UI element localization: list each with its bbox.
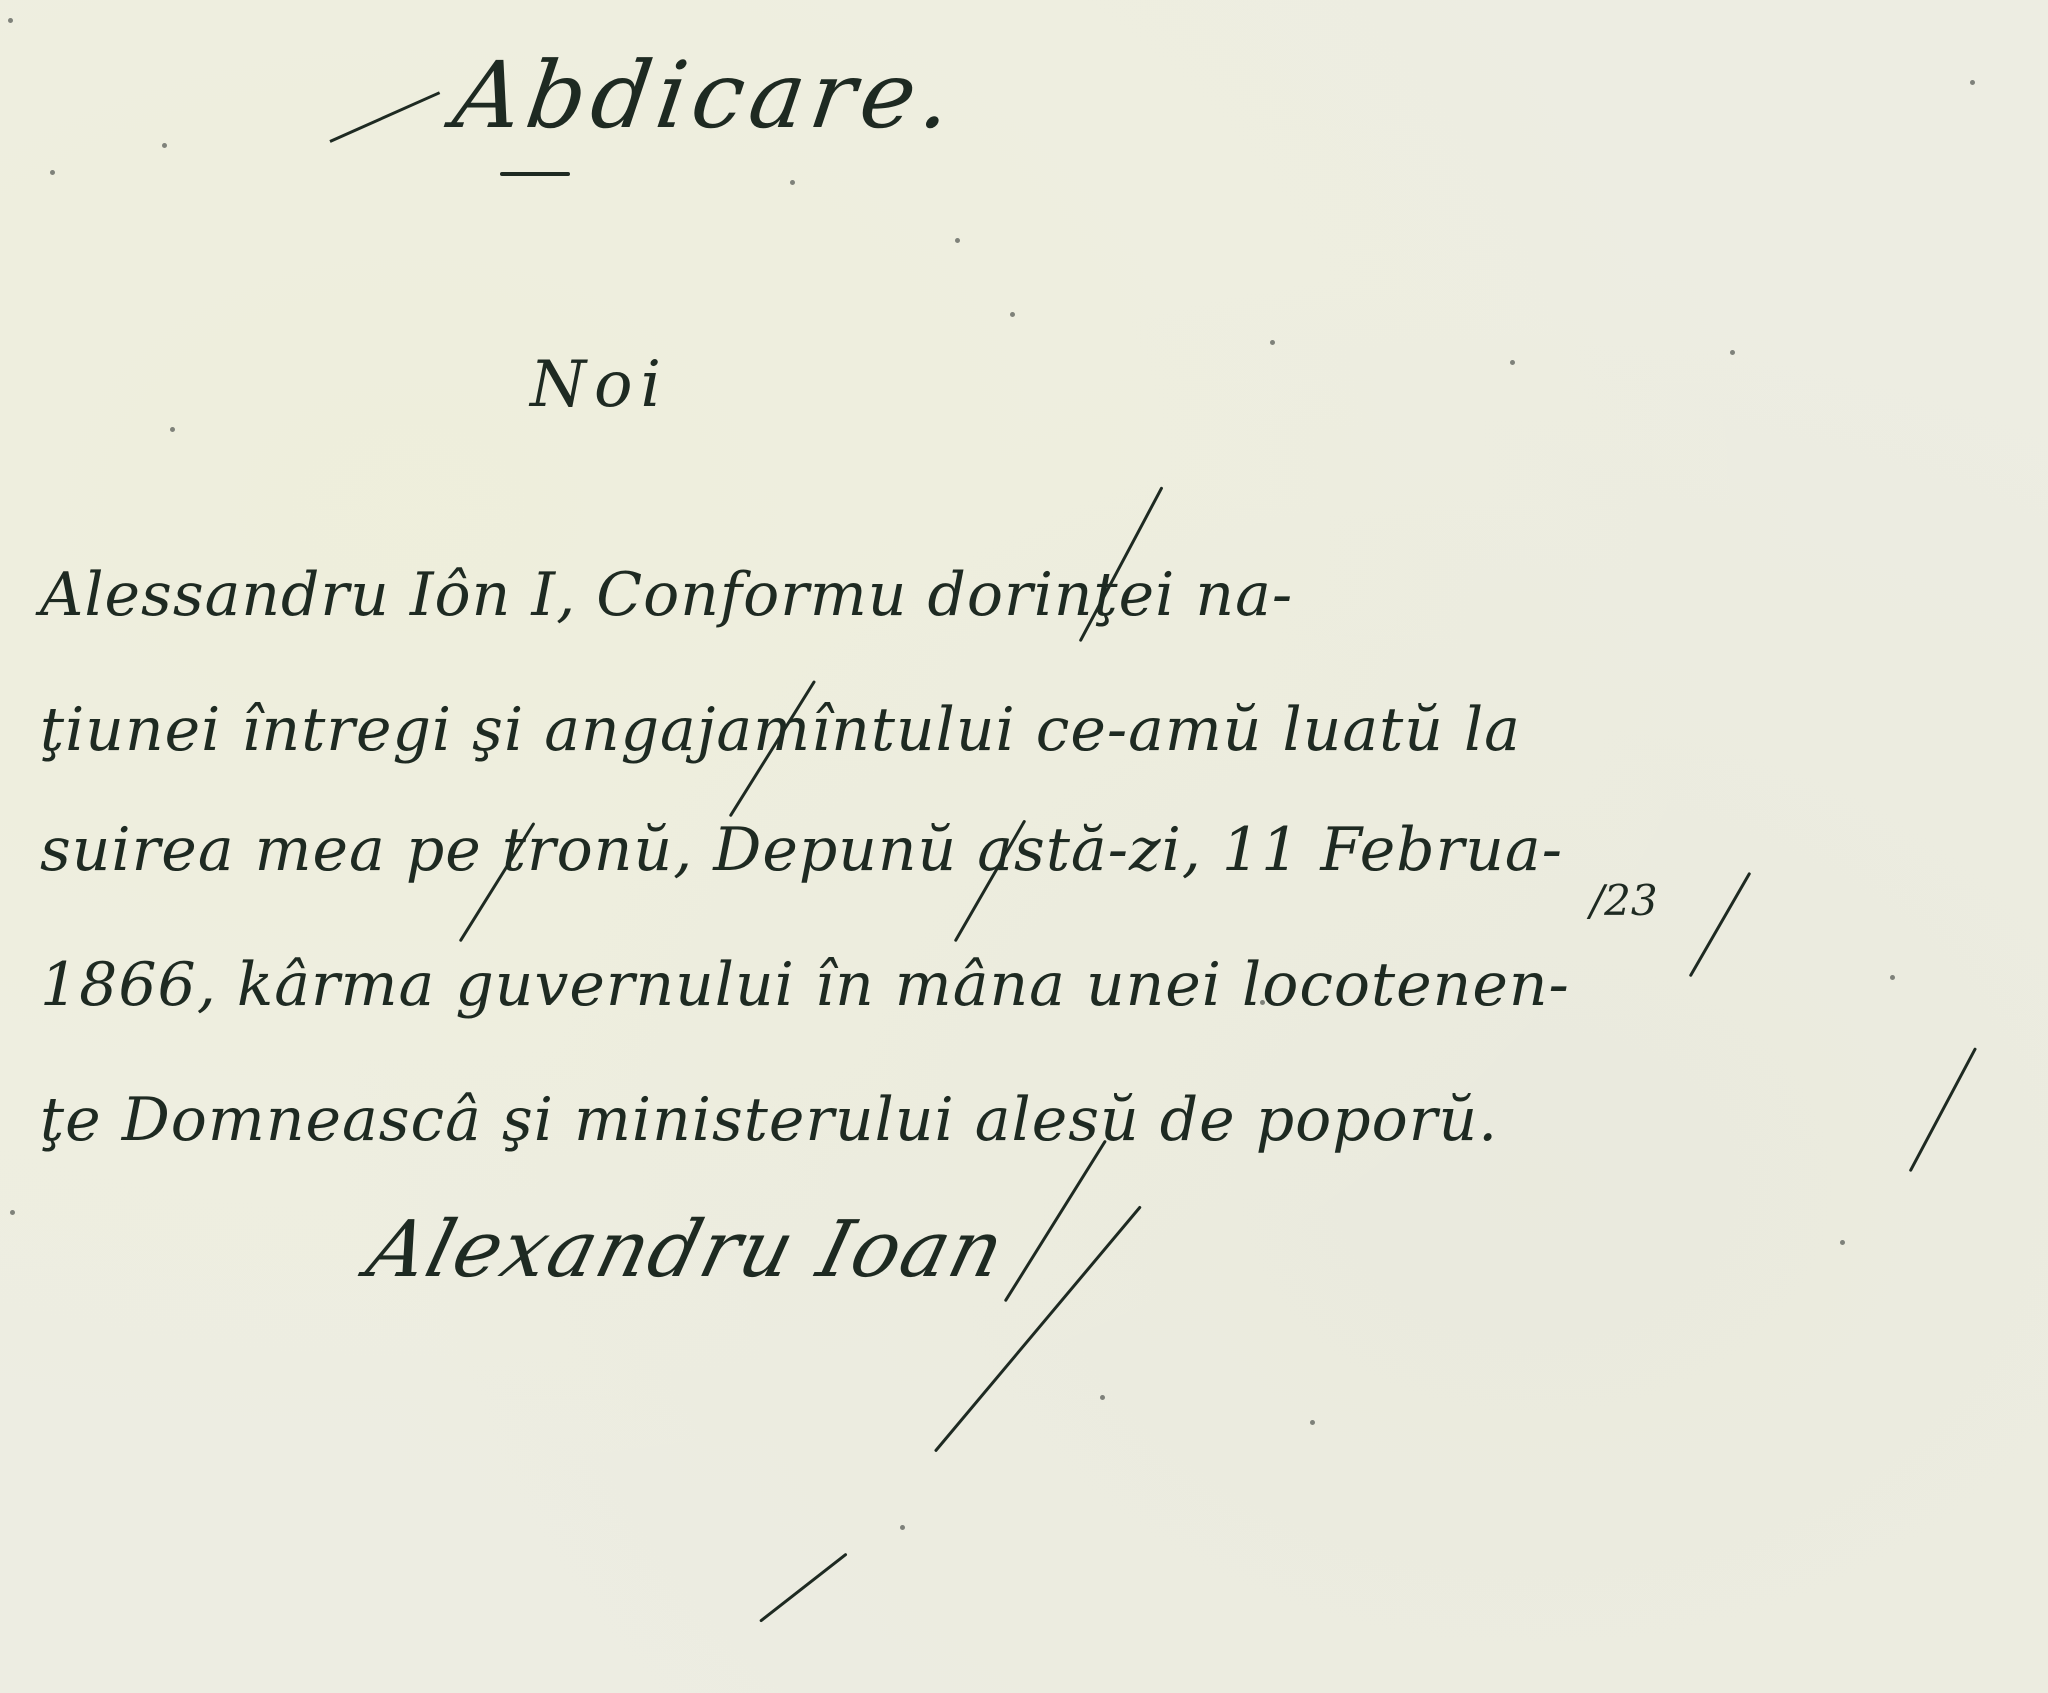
paper-speck xyxy=(1100,1395,1105,1400)
paper-speck xyxy=(1510,360,1515,365)
paper-speck xyxy=(900,1525,905,1530)
signature: Alexandru Ioan xyxy=(359,1205,1014,1295)
document-page: Abdicare. Noi Alessandru Iôn I, Conformu… xyxy=(0,0,2048,1693)
paper-speck xyxy=(1270,340,1275,345)
paper-speck xyxy=(955,238,960,243)
paper-speck xyxy=(1970,80,1975,85)
paper-speck xyxy=(170,427,175,432)
body-line-5: ţe Domneascâ şi ministerului alesŭ de po… xyxy=(40,1085,1498,1155)
paper-speck xyxy=(50,170,55,175)
pen-stroke xyxy=(1909,1047,1977,1172)
paper-speck xyxy=(1010,312,1015,317)
paper-speck xyxy=(8,18,13,23)
body-line-3: suirea mea pe tronŭ, Depunŭ astă-zi, 11 … xyxy=(40,815,1563,885)
signature-tail xyxy=(759,1553,848,1623)
body-line-4: 1866, kârma guvernului în mâna unei loco… xyxy=(40,950,1570,1020)
document-title: Abdicare. xyxy=(447,42,964,149)
paper-speck xyxy=(10,1210,15,1215)
paper-speck xyxy=(1260,1000,1265,1005)
title-underline xyxy=(500,172,570,176)
paper-speck xyxy=(162,143,167,148)
paper-speck xyxy=(1840,1240,1845,1245)
date-new-style: /23 xyxy=(1590,876,1658,925)
body-line-2: ţiunei întregi şi angajamîntului ce-amŭ … xyxy=(40,695,1521,765)
paper-speck xyxy=(1730,350,1735,355)
title-flourish xyxy=(329,91,440,143)
paper-speck xyxy=(1310,1420,1315,1425)
paper-speck xyxy=(1890,975,1895,980)
salutation: Noi xyxy=(530,348,669,422)
pen-stroke xyxy=(1004,1140,1107,1303)
paper-speck xyxy=(790,180,795,185)
pen-stroke xyxy=(1689,872,1752,977)
